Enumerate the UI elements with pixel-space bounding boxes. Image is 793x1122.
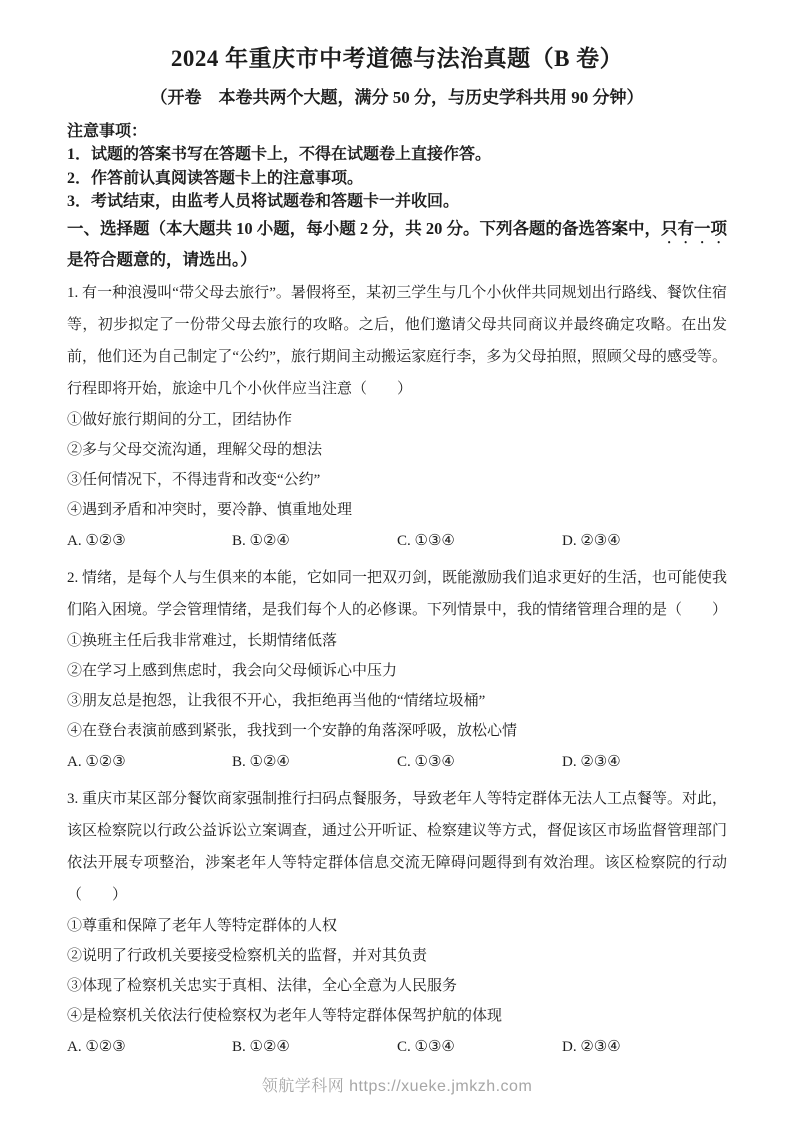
choice-a: A. ①②③ xyxy=(67,746,232,778)
watermark: 领航学科网 https://xueke.jmkzh.com xyxy=(67,1073,727,1108)
question-block-3: 3. 重庆市某区部分餐饮商家强制推行扫码点餐服务，导致老年人等特定群体无法人工点… xyxy=(67,783,727,1063)
notice-heading: 注意事项： xyxy=(67,120,727,143)
question-item-4: ④是检察机关依法行使检察权为老年人等特定群体保驾护航的体现 xyxy=(67,1001,727,1031)
question-item-4: ④遇到矛盾和冲突时，要冷静、慎重地处理 xyxy=(67,495,727,525)
question-item-1: ①换班主任后我非常难过，长期情绪低落 xyxy=(67,626,727,656)
question-item-2: ②在学习上感到焦虑时，我会向父母倾诉心中压力 xyxy=(67,656,727,686)
choices-row: A. ①②③ B. ①②④ C. ①③④ D. ②③④ xyxy=(67,746,727,778)
choice-d: D. ②③④ xyxy=(562,525,727,557)
page-title: 2024 年重庆市中考道德与法治真题（B 卷） xyxy=(67,44,727,74)
choice-b: B. ①②④ xyxy=(232,525,397,557)
choice-c: C. ①③④ xyxy=(397,525,562,557)
question-stem: 1. 有一种浪漫叫“带父母去旅行”。暑假将至，某初三学生与几个小伙伴共同规划出行… xyxy=(67,277,727,405)
section-heading-prefix: 一、选择题（本大题共 10 小题，每小题 2 分，共 20 分。下列各题的备选答… xyxy=(67,219,661,238)
choice-d: D. ②③④ xyxy=(562,1031,727,1063)
question-item-3: ③体现了检察机关忠实于真相、法律，全心全意为人民服务 xyxy=(67,971,727,1001)
choice-d: D. ②③④ xyxy=(562,746,727,778)
section-heading-emphasis: 只有一项 xyxy=(661,219,727,238)
question-item-3: ③任何情况下，不得违背和改变“公约” xyxy=(67,465,727,495)
question-item-2: ②说明了行政机关要接受检察机关的监督，并对其负责 xyxy=(67,941,727,971)
notice-item-3: 3．考试结束，由监考人员将试题卷和答题卡一并收回。 xyxy=(67,190,727,214)
question-stem: 2. 情绪，是每个人与生俱来的本能，它如同一把双刃剑，既能激励我们追求更好的生活… xyxy=(67,562,727,626)
question-block-2: 2. 情绪，是每个人与生俱来的本能，它如同一把双刃剑，既能激励我们追求更好的生活… xyxy=(67,562,727,778)
notice-item-2: 2．作答前认真阅读答题卡上的注意事项。 xyxy=(67,167,727,191)
notice-item-1: 1．试题的答案书写在答题卡上，不得在试题卷上直接作答。 xyxy=(67,143,727,167)
question-stem: 3. 重庆市某区部分餐饮商家强制推行扫码点餐服务，导致老年人等特定群体无法人工点… xyxy=(67,783,727,911)
choice-a: A. ①②③ xyxy=(67,525,232,557)
question-block-1: 1. 有一种浪漫叫“带父母去旅行”。暑假将至，某初三学生与几个小伙伴共同规划出行… xyxy=(67,277,727,557)
choices-row: A. ①②③ B. ①②④ C. ①③④ D. ②③④ xyxy=(67,525,727,557)
section-heading-suffix: 是符合题意的，请选出。） xyxy=(67,250,257,269)
question-item-3: ③朋友总是抱怨，让我很不开心，我拒绝再当他的“情绪垃圾桶” xyxy=(67,686,727,716)
exam-page: 2024 年重庆市中考道德与法治真题（B 卷） （开卷 本卷共两个大题，满分 5… xyxy=(0,0,793,1122)
question-item-2: ②多与父母交流沟通，理解父母的想法 xyxy=(67,435,727,465)
question-item-1: ①做好旅行期间的分工，团结协作 xyxy=(67,405,727,435)
choice-b: B. ①②④ xyxy=(232,1031,397,1063)
choice-c: C. ①③④ xyxy=(397,1031,562,1063)
section-heading: 一、选择题（本大题共 10 小题，每小题 2 分，共 20 分。下列各题的备选答… xyxy=(67,216,727,273)
question-item-1: ①尊重和保障了老年人等特定群体的人权 xyxy=(67,911,727,941)
choice-c: C. ①③④ xyxy=(397,746,562,778)
page-subtitle: （开卷 本卷共两个大题，满分 50 分，与历史学科共用 90 分钟） xyxy=(67,87,727,109)
choices-row: A. ①②③ B. ①②④ C. ①③④ D. ②③④ xyxy=(67,1031,727,1063)
choice-b: B. ①②④ xyxy=(232,746,397,778)
question-item-4: ④在登台表演前感到紧张，我找到一个安静的角落深呼吸，放松心情 xyxy=(67,716,727,746)
choice-a: A. ①②③ xyxy=(67,1031,232,1063)
